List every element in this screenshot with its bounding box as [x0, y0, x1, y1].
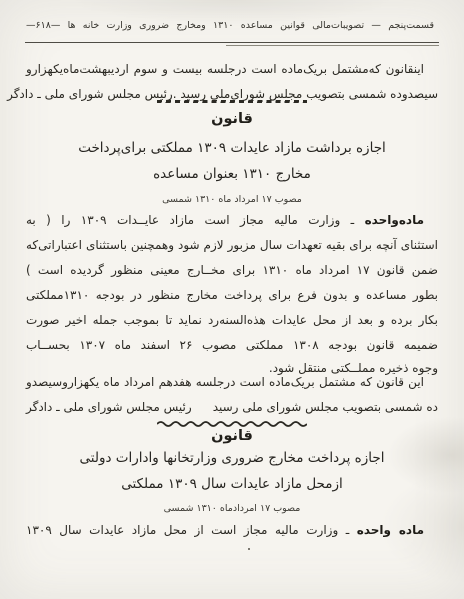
header-rule-secondary — [226, 45, 439, 46]
law1-article-line-5: بکار برده و بعد از محل عایدات هذه‌السنه‌… — [26, 308, 438, 333]
law1-title-line2: مخارج ۱۳۱۰ بعنوان مساعده — [26, 166, 438, 182]
scanned-law-gazette-page: قسمت‌پنجم — تصویبات‌مالی قوانین مساعده ۱… — [0, 0, 464, 599]
law2-title-line2: ازمحل مازاد عایدات سال ۱۳۰۹ مملکتی — [26, 476, 438, 492]
law2-title-line1: اجازه پرداخت مخارج ضروری وزارتخانها وادا… — [26, 450, 438, 466]
intro-speaker-signature: رئیس مجلس شورای ملی ـ دادگر — [7, 82, 173, 107]
law2-article-line1-rest: ـ وزارت مالیه مجاز است از محل مازاد عاید… — [26, 523, 357, 537]
law1-article-line-1: ماده‌واحده ـ وزارت مالیه مجاز است مازاد … — [26, 208, 438, 233]
law2-article-line-1: ماده واحده ـ وزارت مالیه مجاز است از محل… — [26, 518, 438, 543]
intro-signature-line: سیصدوده شمسی بتصویب مجلس شورای‌ملی رسید … — [26, 82, 438, 107]
intro-ratified-text: سیصدوده شمسی بتصویب مجلس شورای‌ملی رسید … — [173, 82, 438, 107]
law1-article-line-6: ضمیمه قانون بودجه ۱۳۰۸ مملکتی مصوب ۲۶ اس… — [26, 333, 438, 358]
law1-ratify-line-1: این قانون که مشتمل بریک‌ماده است درجلسه … — [26, 370, 438, 395]
law1-article-lead: ماده‌واحده — [365, 213, 424, 227]
law2-article-lead: ماده واحده — [357, 523, 424, 537]
page-header-line: قسمت‌پنجم — تصویبات‌مالی قوانین مساعده ۱… — [26, 20, 434, 31]
wavy-separator-svg — [157, 420, 307, 427]
law1-approval-date: مصوب ۱۷ امرداد ماه ۱۳۱۰ شمسی — [26, 194, 438, 205]
law1-title-line1: اجازه برداشت مازاد عایدات ۱۳۰۹ مملکتی بر… — [26, 140, 438, 156]
header-rule — [25, 42, 439, 43]
scan-artifact-dot — [248, 548, 250, 550]
wavy-separator — [157, 412, 307, 419]
law1-kanun-heading: قانون — [26, 111, 438, 127]
law2-kanun-heading: قانون — [26, 428, 438, 444]
dashed-separator — [157, 100, 307, 103]
law2-approval-date: مصوب ۱۷ امردادماه ۱۳۱۰ شمسی — [26, 503, 438, 514]
law1-article-line-4: بطور مساعده و بدون فرع برای پرداخت مخارج… — [26, 283, 438, 308]
law1-article-line-3: ضمن قانون ۱۷ امرداد ماه ۱۳۱۰ برای مخــار… — [26, 258, 438, 283]
law1-article-line-2: استثنای آنچه برای بقیه تعهدات سال مزبور … — [26, 233, 438, 258]
intro-paragraph-line: اینقانون که‌مشتمل بریک‌ماده است درجلسه ب… — [26, 57, 438, 82]
law1-article-line1-rest: ـ وزارت مالیه مجاز است مازاد عایــدات ۱۳… — [26, 213, 365, 227]
